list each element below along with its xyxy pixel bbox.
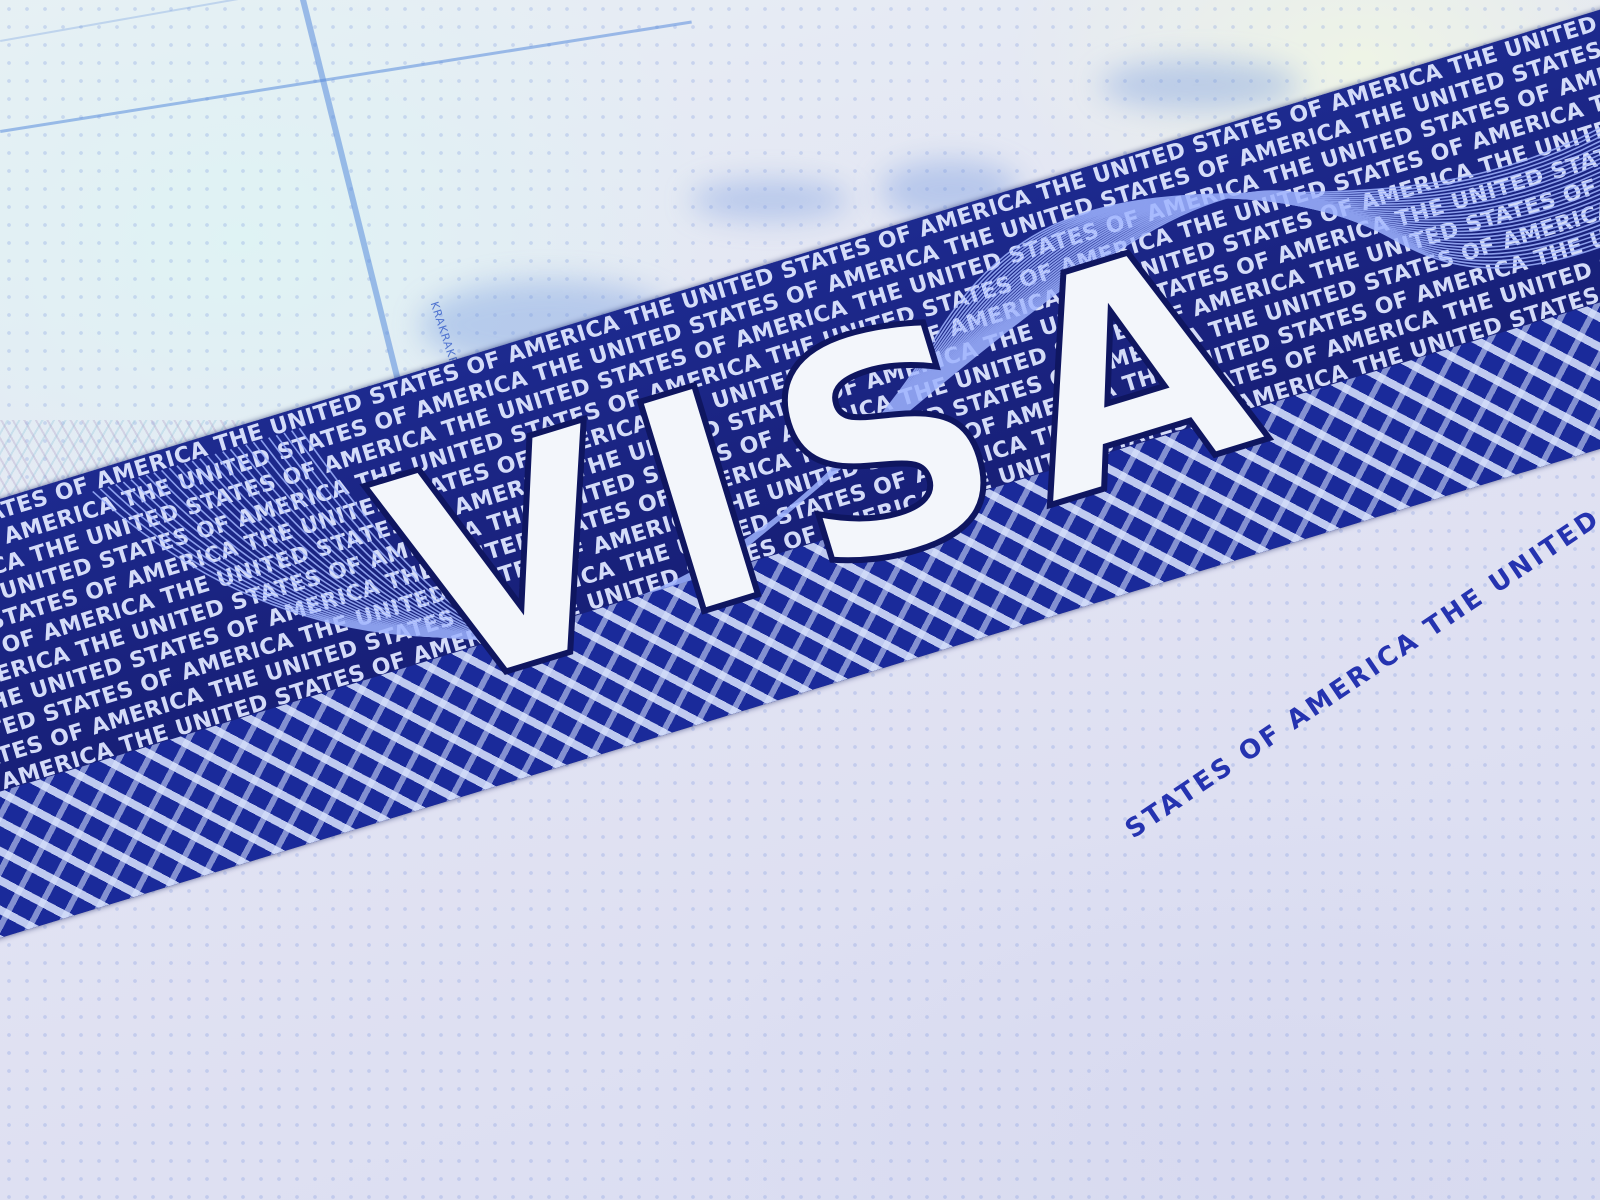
watermark-blob <box>1100 60 1300 110</box>
watermark-blob <box>690 180 850 220</box>
